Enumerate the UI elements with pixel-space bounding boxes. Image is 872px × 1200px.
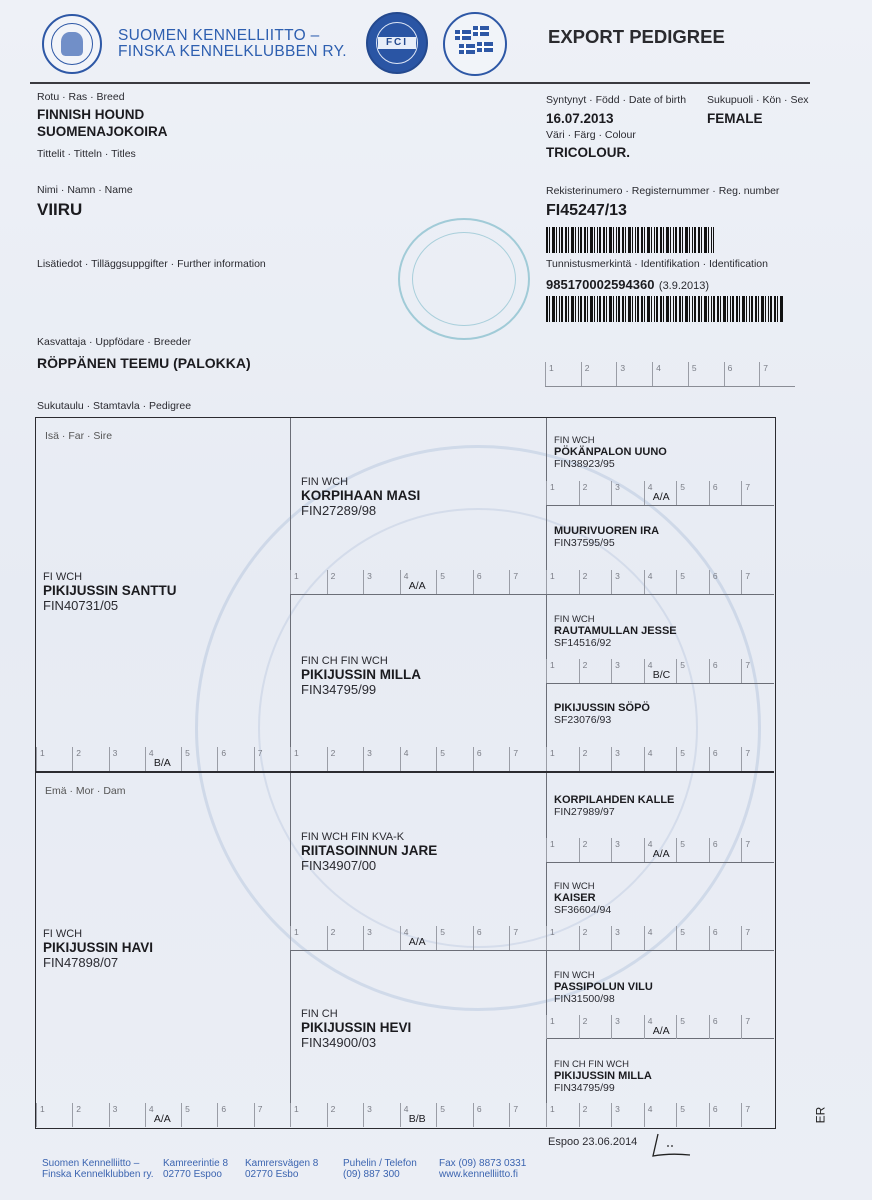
grade-cell: 5 — [436, 570, 474, 594]
grade-number: 3 — [615, 1016, 620, 1026]
grade-number: 3 — [615, 927, 620, 937]
grade-number: 1 — [294, 748, 299, 758]
grade-number: 7 — [745, 571, 750, 581]
dog-reg: FIN34900/03 — [301, 1035, 411, 1050]
grade-number: 3 — [615, 571, 620, 581]
ancestor-entry: FIN CH FIN WCH PIKIJUSSIN MILLA FIN34795… — [554, 1059, 652, 1094]
grade-number: 1 — [294, 1104, 299, 1114]
dog-name: PIKIJUSSIN MILLA — [554, 1070, 652, 1082]
sire-reg: FIN40731/05 — [43, 598, 177, 613]
sex-value: FEMALE — [707, 111, 763, 126]
grade-cell: 3 — [611, 1103, 645, 1127]
footer-phone: Puhelin / Telefon (09) 887 300 — [343, 1158, 417, 1180]
dog-reg: FIN27989/97 — [554, 806, 674, 818]
grade-cell: 1 — [290, 570, 328, 594]
org-name-line2: FINSKA KENNELKLUBBEN RY. — [118, 44, 347, 60]
grade-number: 5 — [680, 839, 685, 849]
grade-cell: 3 — [109, 747, 146, 771]
grade-ruler: 1234A/A567 — [290, 926, 546, 950]
grade-cell: 3 — [611, 570, 645, 594]
grade-number: 7 — [745, 927, 750, 937]
grade-cell: 2 — [327, 926, 365, 950]
grade-cell: 1 — [546, 570, 580, 594]
grade-cell: 1 — [546, 747, 580, 771]
grade-number: 6 — [713, 482, 718, 492]
grade-cell: 2 — [581, 362, 618, 386]
grade-number: 1 — [550, 748, 555, 758]
footer-org: Suomen Kennelliitto – Finska Kennelklubb… — [42, 1158, 154, 1180]
titles-label: Tittelit · Titteln · Titles — [37, 148, 136, 160]
grade-number: 2 — [585, 363, 590, 373]
name-label: Nimi · Namn · Name — [37, 184, 133, 196]
grade-number: 3 — [615, 660, 620, 670]
dog-reg: FIN31500/98 — [554, 993, 653, 1005]
grade-cell: 4A/A — [400, 926, 438, 950]
ancestor-entry: FIN WCH PÖKÄNPALON UUNO FIN38923/95 — [554, 435, 667, 470]
reg-number-barcode — [546, 227, 714, 253]
identification-number: 985170002594360 — [546, 277, 654, 292]
pedigree-document: SUOMEN KENNELLIITTO – FINSKA KENNELKLUBB… — [0, 0, 872, 1200]
grade-number: 7 — [745, 482, 750, 492]
grade-number: 1 — [550, 839, 555, 849]
identification-label: Tunnistusmerkintä · Identifikation · Ide… — [546, 258, 768, 270]
grade-cell: 1 — [290, 926, 328, 950]
grade-ruler: 1234A/A567 — [290, 570, 546, 594]
grade-cell: 5 — [436, 926, 474, 950]
sire-name: PIKIJUSSIN SANTTU — [43, 583, 177, 598]
grade-number: 2 — [331, 927, 336, 937]
dog-reg: SF36604/94 — [554, 904, 611, 916]
grade-cell: 5 — [676, 838, 710, 862]
grade-cell: 5 — [181, 747, 218, 771]
grade-number: 3 — [113, 1104, 118, 1114]
dog-name: PASSIPOLUN VILU — [554, 981, 653, 993]
dog-name: MUURIVUOREN IRA — [554, 525, 659, 537]
grade-ruler: 1234A/A567 — [546, 1015, 774, 1039]
grade-number: 5 — [680, 748, 685, 758]
dog-name: KORPIHAAN MASI — [301, 488, 420, 503]
dam-title: FI WCH — [43, 928, 153, 940]
dog-name: PIKIJUSSIN MILLA — [301, 667, 421, 682]
grade-cell: 4 — [644, 1103, 678, 1127]
grade-cell: 6 — [709, 926, 743, 950]
sire-label: Isä · Far · Sire — [45, 430, 112, 442]
grade-number: 6 — [713, 839, 718, 849]
grade-number: 7 — [513, 748, 518, 758]
grade-number: 7 — [258, 748, 263, 758]
grade-cell: 4A/A — [644, 481, 678, 505]
grade-cell: 2 — [579, 926, 613, 950]
footer-address-fi: Kamreerintie 8 02770 Espoo — [163, 1158, 228, 1180]
grade-value: A/A — [653, 1025, 670, 1037]
footer-text: Kamrersvägen 8 — [245, 1158, 318, 1169]
grade-number: 6 — [713, 571, 718, 581]
grade-cell: 4 — [400, 747, 438, 771]
grade-number: 7 — [745, 1104, 750, 1114]
grade-cell: 3 — [363, 1103, 401, 1127]
grade-cell: 3 — [363, 747, 401, 771]
grade-cell: 4 — [644, 570, 678, 594]
pedigree-table: Isä · Far · Sire FI WCH PIKIJUSSIN SANTT… — [35, 417, 776, 1129]
grade-cell: 2 — [72, 747, 109, 771]
grade-cell: 4B/A — [145, 747, 182, 771]
grade-cell: 4 — [652, 362, 689, 386]
dam-entry: FI WCH PIKIJUSSIN HAVI FIN47898/07 — [43, 928, 153, 970]
grade-number: 7 — [745, 660, 750, 670]
grade-cell: 7 — [741, 747, 775, 771]
grade-cell: 7 — [509, 570, 547, 594]
breed-label: Rotu · Ras · Breed — [37, 91, 125, 103]
grade-cell: 1 — [546, 481, 580, 505]
grade-ruler: 1234A/A567 — [546, 838, 774, 862]
grade-cell: 5 — [676, 1103, 710, 1127]
breeder-label: Kasvattaja · Uppfödare · Breeder — [37, 336, 191, 348]
grade-cell: 3 — [611, 481, 645, 505]
grade-cell: 5 — [676, 926, 710, 950]
kennel-club-emblem-icon — [42, 14, 102, 74]
grade-cell: 2 — [327, 570, 365, 594]
grade-cell: 7 — [741, 570, 775, 594]
dog-title: FIN WCH — [554, 435, 667, 446]
grade-number: 3 — [615, 482, 620, 492]
dam-label: Emä · Mor · Dam — [45, 785, 126, 797]
dam-reg: FIN47898/07 — [43, 955, 153, 970]
grade-number: 2 — [583, 482, 588, 492]
grade-number: 3 — [113, 748, 118, 758]
grade-number: 3 — [367, 748, 372, 758]
dog-reg: SF23076/93 — [554, 714, 650, 726]
grade-number: 4 — [648, 748, 653, 758]
grade-number: 5 — [680, 1104, 685, 1114]
grade-cell: 2 — [579, 481, 613, 505]
issuer-mark: ER — [813, 1107, 827, 1124]
grade-number: 5 — [680, 660, 685, 670]
dog-reg: FIN27289/98 — [301, 503, 420, 518]
ancestor-entry: FIN WCH PASSIPOLUN VILU FIN31500/98 — [554, 970, 653, 1005]
issue-place-date: Espoo 23.06.2014 — [548, 1136, 637, 1148]
sex-label: Sukupuoli · Kön · Sex — [707, 94, 809, 106]
grade-cell: 7 — [741, 1103, 775, 1127]
grade-number: 1 — [40, 748, 45, 758]
grade-number: 2 — [583, 571, 588, 581]
grade-number: 6 — [713, 748, 718, 758]
sire-sire-entry: FIN WCH KORPIHAAN MASI FIN27289/98 — [301, 476, 420, 518]
dog-name: PIKIJUSSIN HEVI — [301, 1020, 411, 1035]
footer-text: Puhelin / Telefon — [343, 1158, 417, 1169]
grade-number: 1 — [550, 1016, 555, 1026]
organization-name: SUOMEN KENNELLIITTO – FINSKA KENNELKLUBB… — [118, 28, 347, 60]
grade-cell: 2 — [579, 1015, 613, 1039]
grade-cell: 5 — [676, 570, 710, 594]
grade-ruler: 1234567 — [546, 570, 774, 594]
signature-icon — [650, 1132, 694, 1160]
grade-cell: 5 — [676, 747, 710, 771]
dam-grade-ruler: 1234A/A567 — [36, 1103, 290, 1127]
grade-cell: 3 — [363, 570, 401, 594]
footer-text: Fax (09) 8873 0331 — [439, 1158, 526, 1169]
grade-number: 2 — [583, 839, 588, 849]
grade-number: 6 — [713, 1104, 718, 1114]
grade-cell: 6 — [709, 1103, 743, 1127]
grade-number: 7 — [745, 839, 750, 849]
grade-cell: 6 — [473, 1103, 511, 1127]
grade-cell: 3 — [611, 926, 645, 950]
colour-value: TRICOLOUR. — [546, 145, 630, 160]
dog-title: FIN CH FIN WCH — [301, 655, 421, 667]
grade-cell: 5 — [688, 362, 725, 386]
grade-cell: 5 — [676, 1015, 710, 1039]
grade-number: 2 — [583, 660, 588, 670]
grade-number: 3 — [367, 571, 372, 581]
grade-cell: 3 — [611, 1015, 645, 1039]
grade-number: 1 — [294, 571, 299, 581]
dog-title: FIN CH — [301, 1008, 411, 1020]
grade-cell: 3 — [611, 838, 645, 862]
grade-cell: 4A/A — [145, 1103, 182, 1127]
ancestor-entry: FIN WCH KAISER SF36604/94 — [554, 881, 611, 916]
grade-number: 5 — [680, 1016, 685, 1026]
dog-title: FIN WCH FIN KVA-K — [301, 831, 437, 843]
dog-title: FIN CH FIN WCH — [554, 1059, 652, 1070]
grade-cell: 1 — [290, 1103, 328, 1127]
dog-reg: FIN34795/99 — [301, 682, 421, 697]
grade-cell: 1 — [545, 362, 582, 386]
grade-number: 4 — [656, 363, 661, 373]
grade-cell: 6 — [473, 747, 511, 771]
grade-cell: 6 — [709, 747, 743, 771]
grade-cell: 2 — [579, 747, 613, 771]
grade-cell: 1 — [546, 1015, 580, 1039]
grade-cell: 7 — [509, 1103, 547, 1127]
grade-value: A/A — [154, 1113, 171, 1125]
grade-cell: 2 — [72, 1103, 109, 1127]
grade-cell: 7 — [741, 926, 775, 950]
grade-ruler: 1234B/B567 — [290, 1103, 546, 1127]
grade-ruler: 1234B/C567 — [546, 659, 774, 683]
grade-number: 1 — [550, 660, 555, 670]
grade-cell: 1 — [546, 1103, 580, 1127]
grade-number: 1 — [550, 927, 555, 937]
grade-cell: 7 — [741, 659, 775, 683]
breed-finnish: SUOMENAJOKOIRA — [37, 124, 168, 139]
grade-cell: 6 — [709, 659, 743, 683]
grade-number: 4 — [648, 927, 653, 937]
grade-cell: 5 — [676, 481, 710, 505]
grade-cell: 6 — [709, 1015, 743, 1039]
grade-cell: 4 — [644, 926, 678, 950]
sire-title: FI WCH — [43, 571, 177, 583]
grade-number: 6 — [221, 748, 226, 758]
grade-cell: 7 — [759, 362, 796, 386]
dog-name: KORPILAHDEN KALLE — [554, 794, 674, 806]
dog-reg: FIN38923/95 — [554, 458, 667, 470]
grade-cell: 6 — [709, 570, 743, 594]
grade-number: 2 — [76, 748, 81, 758]
grade-number: 2 — [331, 748, 336, 758]
grade-ruler: 1234567 — [545, 362, 795, 387]
grade-cell: 5 — [181, 1103, 218, 1127]
grade-cell: 4A/A — [400, 570, 438, 594]
ancestor-entry: MUURIVUOREN IRA FIN37595/95 — [554, 525, 659, 549]
dog-name: PIKIJUSSIN SÖPÖ — [554, 702, 650, 714]
grade-number: 7 — [513, 927, 518, 937]
dam-sire-entry: FIN WCH FIN KVA-K RIITASOINNUN JARE FIN3… — [301, 831, 437, 873]
sire-entry: FI WCH PIKIJUSSIN SANTTU FIN40731/05 — [43, 571, 177, 613]
grade-number: 6 — [713, 1016, 718, 1026]
dog-title: FIN WCH — [554, 881, 611, 892]
footer-text: www.kennelliitto.fi — [439, 1169, 526, 1180]
grade-number: 2 — [583, 748, 588, 758]
org-name-line1: SUOMEN KENNELLIITTO – — [118, 28, 347, 44]
footer-text: Finska Kennelklubben ry. — [42, 1169, 154, 1180]
grade-number: 2 — [331, 1104, 336, 1114]
grade-number: 3 — [620, 363, 625, 373]
grade-number: 2 — [583, 1104, 588, 1114]
grade-number: 4 — [648, 1104, 653, 1114]
grade-number: 6 — [477, 927, 482, 937]
fci-globe-icon: FCI — [366, 12, 428, 74]
grade-number: 1 — [40, 1104, 45, 1114]
footer-text: 02770 Espoo — [163, 1169, 228, 1180]
grade-value: A/A — [409, 936, 426, 948]
grade-number: 6 — [477, 748, 482, 758]
dog-name: VIIRU — [37, 200, 82, 220]
grade-number: 6 — [221, 1104, 226, 1114]
grade-number: 1 — [550, 1104, 555, 1114]
grade-cell: 1 — [36, 747, 73, 771]
footer-address-sv: Kamrersvägen 8 02770 Esbo — [245, 1158, 318, 1180]
grade-value: A/A — [653, 848, 670, 860]
grade-value: B/A — [154, 757, 171, 769]
dog-name: KAISER — [554, 892, 611, 904]
grade-number: 2 — [583, 927, 588, 937]
sire-grade-ruler: 1234B/A567 — [36, 747, 290, 771]
grade-cell: 6 — [217, 1103, 254, 1127]
grade-cell: 6 — [473, 570, 511, 594]
grade-cell: 6 — [473, 926, 511, 950]
grade-ruler: 1234A/A567 — [546, 481, 774, 505]
dog-reg: FIN34907/00 — [301, 858, 437, 873]
grade-cell: 3 — [611, 659, 645, 683]
grade-number: 7 — [763, 363, 768, 373]
dam-name: PIKIJUSSIN HAVI — [43, 940, 153, 955]
grade-number: 7 — [513, 571, 518, 581]
grade-number: 1 — [549, 363, 554, 373]
grade-value: A/A — [653, 491, 670, 503]
grade-cell: 3 — [611, 747, 645, 771]
grade-number: 7 — [745, 1016, 750, 1026]
grade-number: 3 — [367, 927, 372, 937]
grade-ruler: 1234567 — [546, 926, 774, 950]
grade-cell: 2 — [579, 659, 613, 683]
grade-number: 1 — [294, 927, 299, 937]
grade-cell: 7 — [509, 747, 547, 771]
pedigree-label: Sukutaulu · Stamtavla · Pedigree — [37, 400, 191, 412]
grade-cell: 2 — [579, 838, 613, 862]
grade-ruler: 1234567 — [290, 747, 546, 771]
dog-title: FIN WCH — [554, 614, 677, 625]
grade-number: 3 — [615, 748, 620, 758]
dog-reg: SF14516/92 — [554, 637, 677, 649]
grade-number: 5 — [440, 571, 445, 581]
grade-cell: 7 — [254, 747, 291, 771]
grade-cell: 2 — [579, 1103, 613, 1127]
further-info-label: Lisätiedot · Tilläggsuppgifter · Further… — [37, 258, 266, 270]
sire-dam-entry: FIN CH FIN WCH PIKIJUSSIN MILLA FIN34795… — [301, 655, 421, 697]
dog-title: FIN WCH — [301, 476, 420, 488]
ancestor-entry: KORPILAHDEN KALLE FIN27989/97 — [554, 794, 674, 818]
grade-number: 4 — [648, 571, 653, 581]
grade-cell: 4B/B — [400, 1103, 438, 1127]
grade-cell: 3 — [109, 1103, 146, 1127]
dog-title: FIN WCH — [554, 970, 653, 981]
grade-value: B/C — [653, 669, 671, 681]
footer-text: Kamreerintie 8 — [163, 1158, 228, 1169]
grade-cell: 3 — [616, 362, 653, 386]
grade-cell: 6 — [709, 838, 743, 862]
dog-reg: FIN34795/99 — [554, 1082, 652, 1094]
grade-number: 5 — [680, 571, 685, 581]
grade-number: 6 — [728, 363, 733, 373]
grade-number: 6 — [713, 660, 718, 670]
breed-english: FINNISH HOUND — [37, 107, 144, 122]
grade-cell: 1 — [290, 747, 328, 771]
dog-name: RIITASOINNUN JARE — [301, 843, 437, 858]
grade-number: 5 — [185, 748, 190, 758]
grade-number: 4 — [404, 748, 409, 758]
grade-cell: 4B/C — [644, 659, 678, 683]
grade-number: 5 — [440, 748, 445, 758]
grade-cell: 6 — [709, 481, 743, 505]
document-title: EXPORT PEDIGREE — [548, 26, 725, 48]
grade-cell: 5 — [676, 659, 710, 683]
grade-cell: 5 — [436, 1103, 474, 1127]
grade-number: 5 — [185, 1104, 190, 1114]
grade-number: 6 — [713, 927, 718, 937]
grade-cell: 2 — [579, 570, 613, 594]
grade-number: 6 — [477, 571, 482, 581]
grade-number: 1 — [550, 482, 555, 492]
dog-name: RAUTAMULLAN JESSE — [554, 625, 677, 637]
grade-number: 5 — [440, 927, 445, 937]
grade-cell: 5 — [436, 747, 474, 771]
grade-value: B/B — [409, 1113, 426, 1125]
reg-number-label: Rekisterinumero · Registernummer · Reg. … — [546, 185, 779, 197]
grade-cell: 7 — [741, 481, 775, 505]
grade-cell: 6 — [724, 362, 761, 386]
grade-cell: 7 — [741, 1015, 775, 1039]
grade-number: 5 — [692, 363, 697, 373]
grade-cell: 3 — [363, 926, 401, 950]
grade-cell: 1 — [36, 1103, 73, 1127]
grade-cell: 6 — [217, 747, 254, 771]
grade-number: 3 — [367, 1104, 372, 1114]
ancestor-entry: FIN WCH RAUTAMULLAN JESSE SF14516/92 — [554, 614, 677, 649]
grade-cell: 4 — [644, 747, 678, 771]
grade-ruler: 1234567 — [546, 1103, 774, 1127]
grade-cell: 1 — [546, 838, 580, 862]
dam-dam-entry: FIN CH PIKIJUSSIN HEVI FIN34900/03 — [301, 1008, 411, 1050]
grade-cell: 1 — [546, 926, 580, 950]
grade-cell: 2 — [327, 747, 365, 771]
identification-row: 985170002594360 (3.9.2013) — [546, 276, 709, 294]
dog-name: PÖKÄNPALON UUNO — [554, 446, 667, 458]
identification-date: (3.9.2013) — [659, 280, 709, 292]
colour-label: Väri · Färg · Colour — [546, 129, 636, 141]
grade-value: A/A — [409, 580, 426, 592]
footer-text: Suomen Kennelliitto – — [42, 1158, 154, 1169]
dog-reg: FIN37595/95 — [554, 537, 659, 549]
